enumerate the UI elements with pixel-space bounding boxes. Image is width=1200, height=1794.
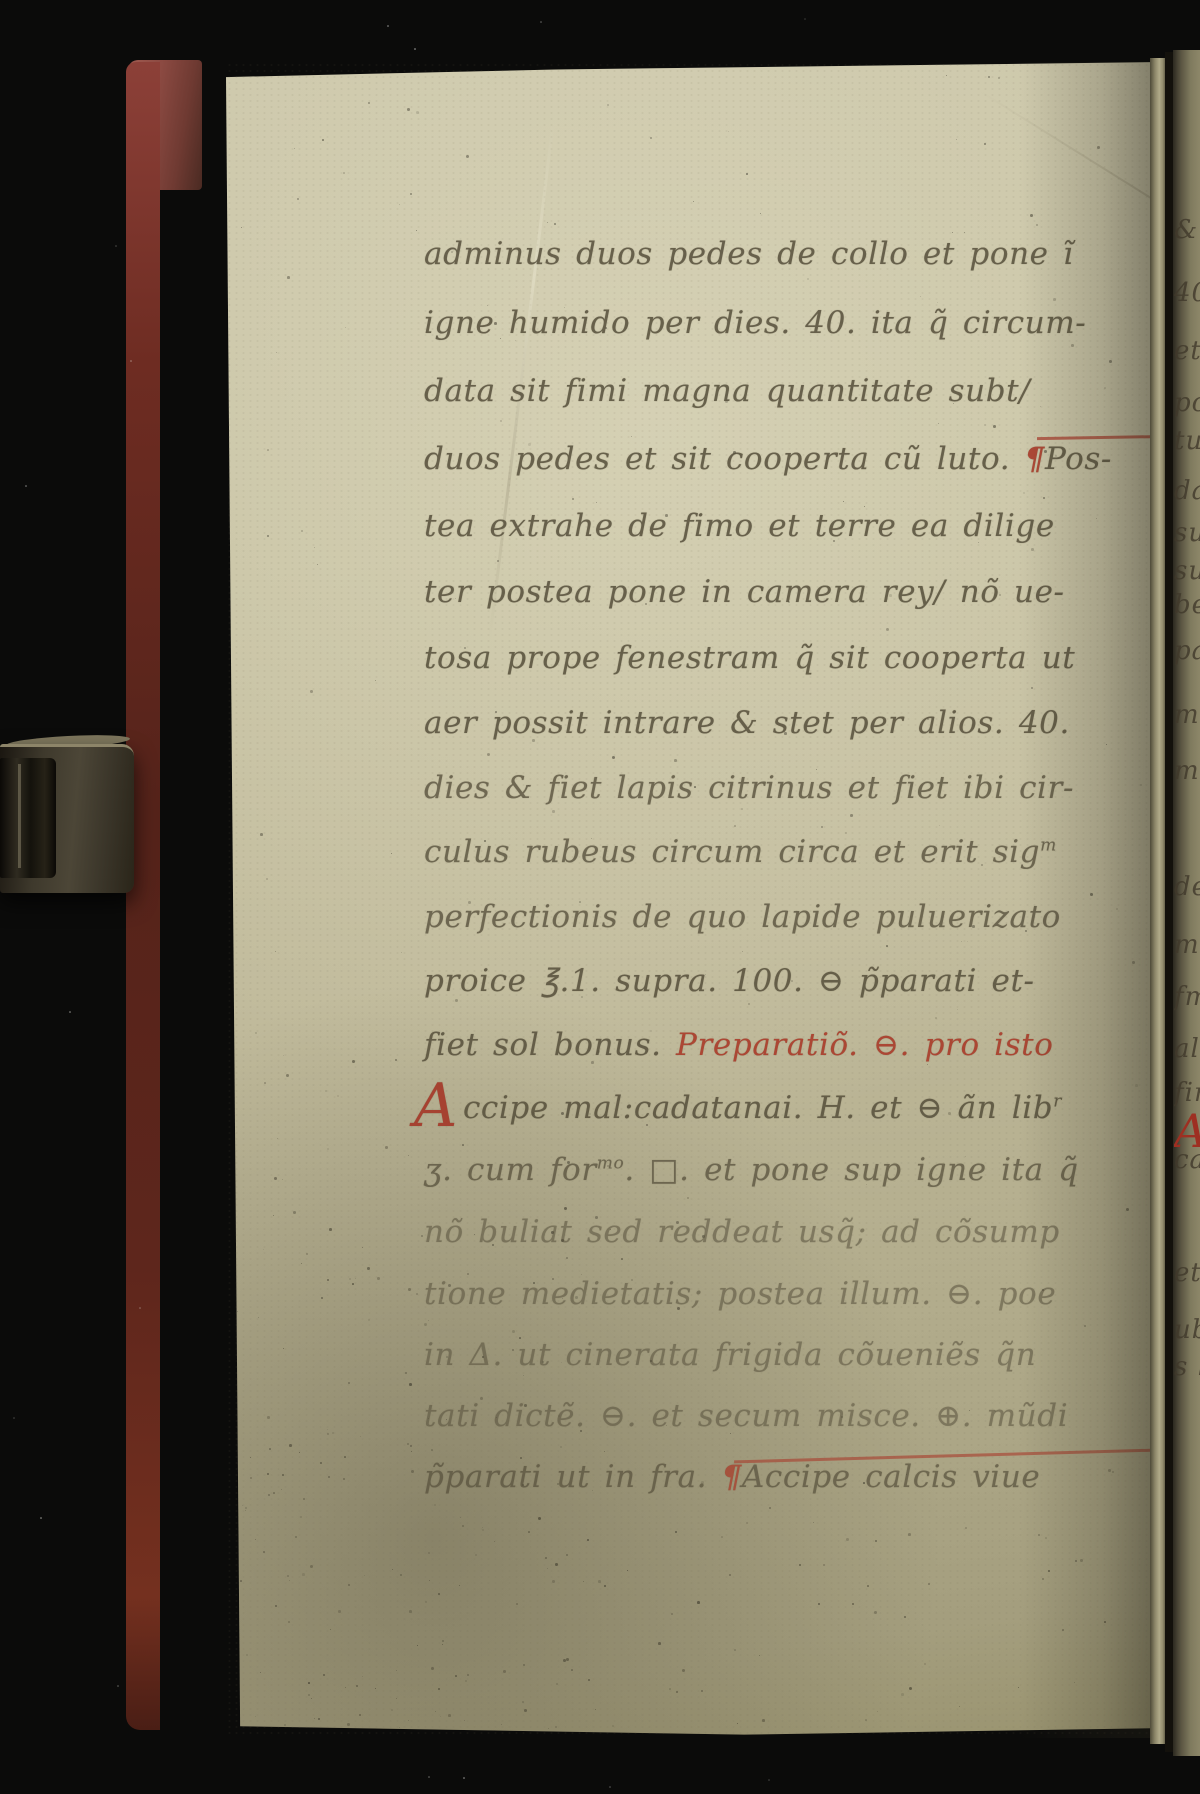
facing-text-fragment: def: [1174, 872, 1200, 902]
rubric-initial: A: [414, 1071, 458, 1141]
bottom-leaf-edge: [146, 1702, 529, 1747]
facing-text-fragment: m: [1174, 700, 1200, 730]
ink-text: nõ buliat sed reddeat usq̃; ad cõsump: [424, 1214, 1060, 1250]
ink-text: in Δ. ut cinerata frigida cõueniẽs q̃n: [424, 1337, 1036, 1373]
ink-text: proice ℥.1. supra. 100. ⊖ p̃parati et-: [424, 963, 1035, 999]
facing-text-fragment: et c: [1174, 336, 1200, 366]
bottom-leaf-edges: [146, 1686, 616, 1746]
facing-text-fragment: & n: [1174, 215, 1200, 245]
text-line: tione medietatis; postea illum. ⊖. poe: [424, 1276, 1056, 1312]
ink-text: fiet sol bonus.: [424, 1027, 676, 1063]
ink-text: mo: [597, 1154, 625, 1174]
facing-text-fragment: ub q: [1174, 1315, 1200, 1345]
text-line: tea extrahe de fimo et terre ea dilige: [424, 508, 1055, 544]
text-line: tosa prope fenestram q̃ sit cooperta ut: [424, 640, 1075, 676]
text-line: culus rubeus circum circa et erit sigm: [424, 834, 1057, 870]
text-line: Accipe mal:cadatanai. H. et ⊖ ãn libr: [414, 1090, 1062, 1126]
facing-text-fragment: pau: [1174, 636, 1200, 666]
ink-text: Accipe calcis viue: [742, 1459, 1040, 1495]
ink-text: igne humido per dies. 40. ita q̃ circum-: [424, 305, 1086, 341]
manuscript-photo: adminus duos pedes de collo et pone ĩign…: [0, 0, 1200, 1794]
text-line: tati dictẽ. ⊖. et secum misce. ⊕. mũdi: [424, 1398, 1068, 1434]
ink-text: perfectionis de quo lapide puluerizato: [424, 899, 1061, 935]
ink-text: duos pedes et sit cooperta cũ luto.: [424, 441, 1025, 477]
text-line: dies & fiet lapis citrinus et fiet ibi c…: [424, 770, 1074, 806]
facing-text-fragment: fm du: [1174, 982, 1200, 1012]
leaf-edge-stack: [146, 64, 232, 1736]
clasp-metal-fitting: [0, 758, 56, 878]
facing-text-fragment: bene: [1174, 590, 1200, 620]
ink-text: tione medietatis; postea illum. ⊖. poe: [424, 1276, 1056, 1312]
ink-text: data sit fimi magna quantitate subt/: [424, 373, 1030, 409]
text-line: proice ℥.1. supra. 100. ⊖ p̃parati et-: [424, 963, 1035, 999]
ink-text: . □. et pone sup igne ita q̃: [624, 1152, 1078, 1188]
text-line: perfectionis de quo lapide puluerizato: [424, 899, 1061, 935]
facing-text-fragment: et po: [1174, 1258, 1200, 1288]
facing-text-fragment: dat: [1174, 476, 1200, 506]
ink-text: tosa prope fenestram q̃ sit cooperta ut: [424, 640, 1075, 676]
ink-text: dies & fiet lapis citrinus et fiet ibi c…: [424, 770, 1074, 806]
facing-text-fragment: ca: [1174, 1145, 1200, 1175]
text-line: aer possit intrare & stet per alios. 40.: [424, 705, 1070, 741]
text-line: nõ buliat sed reddeat usq̃; ad cõsump: [424, 1214, 1060, 1250]
facing-text-fragment: m col: [1174, 930, 1200, 960]
text-line: in Δ. ut cinerata frigida cõueniẽs q̃n: [424, 1337, 1036, 1373]
facing-text-fragment: 40.: [1174, 278, 1200, 308]
facing-text-fragment: mi: [1174, 756, 1200, 786]
ink-text: ʒ. cum for: [424, 1152, 597, 1188]
ink-text: adminus duos pedes de collo et pone ĩ: [424, 236, 1074, 272]
ink-text: ccipe mal:cadatanai. H. et ⊖ ãn lib: [463, 1090, 1053, 1126]
gutter-seam: [1165, 52, 1173, 1752]
text-line: fiet sol bonus. Preparatiõ. ⊖. pro isto: [424, 1027, 1054, 1063]
facing-text-fragment: tu: [1174, 426, 1200, 456]
ink-text: tati dictẽ. ⊖. et secum misce. ⊕. mũdi: [424, 1398, 1068, 1434]
facing-text-fragment: s ho: [1174, 1352, 1200, 1382]
text-line: duos pedes et sit cooperta cũ luto. ¶Pos…: [424, 441, 1112, 477]
ink-text: p̃parati ut in fra.: [424, 1459, 722, 1495]
facing-text-fragment: alit: [1174, 1034, 1200, 1064]
text-line: adminus duos pedes de collo et pone ĩ: [424, 236, 1074, 272]
rubric-text: ¶: [722, 1459, 742, 1495]
text-line: data sit fimi magna quantitate subt/: [424, 373, 1030, 409]
facing-text-fragment: sup: [1174, 556, 1200, 586]
facing-text-fragment: po: [1174, 388, 1200, 418]
text-line: ʒ. cum formo. □. et pone sup igne ita q̃: [424, 1152, 1079, 1188]
rubric-text: Preparatiõ. ⊖. pro isto: [676, 1027, 1053, 1063]
gutter-shadow: [1020, 62, 1168, 1738]
ink-text: aer possit intrare & stet per alios. 40.: [424, 705, 1070, 741]
ink-text: tea extrahe de fimo et terre ea dilige: [424, 508, 1055, 544]
ink-text: ter postea pone in camera rey/ nõ ue-: [424, 574, 1065, 610]
text-line: p̃parati ut in fra. ¶Accipe calcis viue: [424, 1459, 1040, 1495]
facing-text-fragment: sus: [1174, 518, 1200, 548]
text-line: ter postea pone in camera rey/ nõ ue-: [424, 574, 1065, 610]
text-line: igne humido per dies. 40. ita q̃ circum-: [424, 305, 1086, 341]
ink-text: culus rubeus circum circa et erit sig: [424, 834, 1040, 870]
book-clasp: [0, 736, 134, 902]
